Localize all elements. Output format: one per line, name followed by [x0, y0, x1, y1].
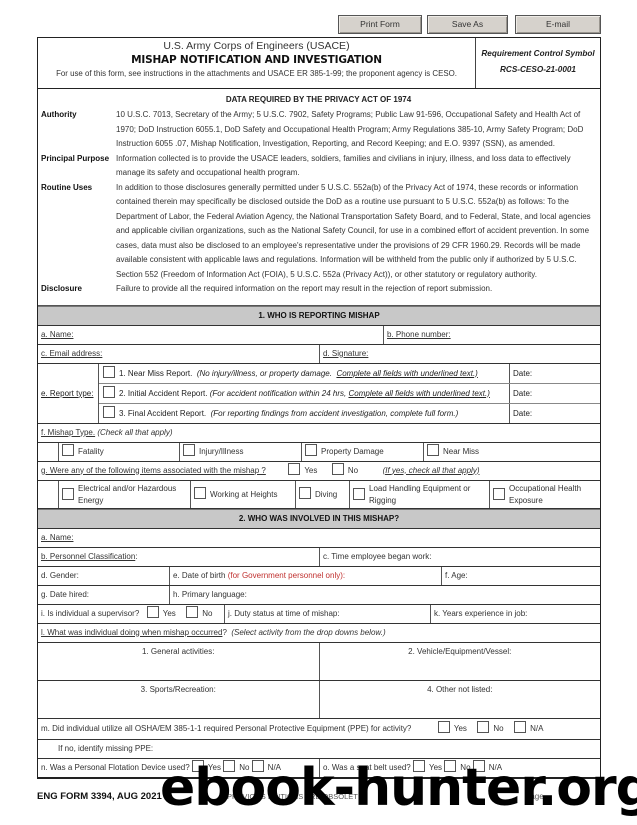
activity-question-label: l. What was individual doing when mishap… — [41, 628, 222, 637]
item-occupational-health[interactable]: Occupational Health Exposure — [490, 481, 600, 508]
near-miss-date-field[interactable]: Date: — [510, 364, 600, 383]
gender-field[interactable]: d. Gender: — [38, 567, 170, 585]
reporter-phone-label: b. Phone number: — [387, 330, 451, 339]
pfd-no-checkbox[interactable] — [223, 760, 235, 772]
report-type-near-miss: 1. Near Miss Report. (No injury/illness,… — [99, 364, 600, 384]
report-type-name: 1. Near Miss Report. — [119, 369, 192, 378]
reporter-email-label: c. Email address: — [41, 349, 102, 358]
ppe-row: m. Did individual utilize all OSHA/EM 38… — [38, 719, 600, 740]
yes-label: Yes — [304, 466, 317, 475]
yes-label: Yes — [454, 724, 467, 733]
associated-items-label: g. Were any of the following items assoc… — [41, 466, 266, 475]
no-label: No — [239, 763, 249, 772]
privacy-text: Failure to provide all the required info… — [116, 282, 596, 297]
other-activity-field[interactable]: 4. Other not listed: — [320, 681, 601, 718]
report-type-note: (For accident notification within 24 hrs… — [210, 389, 347, 398]
privacy-text: In addition to those disclosures general… — [116, 181, 596, 283]
option-label: Near Miss — [443, 447, 479, 456]
dob-note: (for Government personnel only): — [228, 571, 345, 580]
time-began-work-field[interactable]: c. Time employee began work: — [320, 548, 600, 566]
privacy-label: Disclosure — [41, 282, 116, 297]
property-damage-checkbox[interactable] — [305, 444, 317, 456]
mishap-type-hint: (Check all that apply) — [97, 428, 172, 437]
rcs-label: Requirement Control Symbol — [476, 46, 600, 62]
mishap-type-injury[interactable]: Injury/Illness — [180, 443, 302, 461]
option-label: Diving — [315, 490, 337, 499]
item-load-handling[interactable]: Load Handling Equipment or Rigging — [350, 481, 490, 508]
item-diving[interactable]: Diving — [296, 481, 350, 508]
mishap-type-fatality[interactable]: Fatality — [59, 443, 180, 461]
classification-label: b. Personnel Classification — [41, 552, 135, 561]
rcs-block: Requirement Control Symbol RCS-CESO-21-0… — [476, 38, 600, 88]
report-type-label-text: e. Report type: — [41, 389, 93, 398]
yes-label: Yes — [208, 763, 221, 772]
option-label: Electrical and/or Hazardous Energy — [78, 483, 187, 507]
reporter-phone-field[interactable]: b. Phone number: — [384, 326, 600, 344]
option-label: Working at Heights — [210, 490, 277, 499]
colon: : — [135, 552, 137, 561]
associated-items-hint: (If yes, check all that apply) — [383, 466, 480, 475]
report-type-note: (No injury/illness, or property damage. — [197, 369, 332, 378]
previous-editions-note: PREVIOUS EDITIONS ARE OBSOLETE — [227, 792, 363, 801]
no-label: No — [202, 609, 212, 618]
load-handling-checkbox[interactable] — [353, 488, 365, 500]
personnel-classification-field[interactable]: b. Personnel Classification: — [38, 548, 320, 566]
reporter-name-field[interactable]: a. Name: — [38, 326, 384, 344]
hired-language-row: g. Date hired: h. Primary language: — [38, 586, 600, 605]
age-field[interactable]: f. Age: — [442, 567, 600, 585]
supervisor-yes-checkbox[interactable] — [147, 606, 159, 618]
question-mark: ? — [222, 628, 226, 637]
seatbelt-yes-checkbox[interactable] — [413, 760, 425, 772]
mishap-type-label: f. Mishap Type. (Check all that apply) — [38, 424, 600, 442]
reporter-email-field[interactable]: c. Email address: — [38, 345, 320, 363]
ppe-na-checkbox[interactable] — [514, 721, 526, 733]
gender-dob-age-row: d. Gender: e. Date of birth (for Governm… — [38, 567, 600, 586]
report-type-note: (For reporting findings from accident in… — [211, 409, 459, 418]
privacy-authority: Authority 10 U.S.C. 7013, Secretary of t… — [41, 108, 596, 152]
option-label: Property Damage — [321, 447, 384, 456]
ppe-label: m. Did individual utilize all OSHA/EM 38… — [41, 724, 411, 733]
associated-no-checkbox[interactable] — [332, 463, 344, 475]
report-type-label: e. Report type: — [38, 364, 99, 423]
date-hired-field[interactable]: g. Date hired: — [38, 586, 170, 604]
na-label: N/A — [530, 724, 543, 733]
seatbelt-label: o. Was a seat belt used? — [323, 763, 411, 772]
pfd-label: n. Was a Personal Flotation Device used? — [41, 763, 190, 772]
page-label: Page — [525, 792, 544, 801]
sports-recreation-dropdown[interactable]: 3. Sports/Recreation: — [38, 681, 320, 718]
mishap-type-property[interactable]: Property Damage — [302, 443, 424, 461]
report-type-initial: 2. Initial Accident Report. (For acciden… — [99, 384, 600, 404]
report-type-group: e. Report type: 1. Near Miss Report. (No… — [38, 364, 600, 424]
general-activities-dropdown[interactable]: 1. General activities: — [38, 643, 320, 680]
yes-label: Yes — [429, 763, 442, 772]
diving-checkbox[interactable] — [299, 487, 311, 499]
associated-items-question-row: g. Were any of the following items assoc… — [38, 462, 600, 481]
supervisor-question: i. Is individual a supervisor? Yes No — [38, 605, 225, 623]
pfd-seatbelt-row: n. Was a Personal Flotation Device used?… — [38, 759, 600, 778]
privacy-disclosure: Disclosure Failure to provide all the re… — [41, 282, 596, 297]
activity-question-row: l. What was individual doing when mishap… — [38, 624, 600, 643]
report-type-name: 2. Initial Accident Report. — [119, 389, 208, 398]
classification-row: b. Personnel Classification: c. Time emp… — [38, 548, 600, 567]
pfd-yes-checkbox[interactable] — [192, 760, 204, 772]
mishap-type-label-row: f. Mishap Type. (Check all that apply) — [38, 424, 600, 443]
reporter-name-label: a. Name: — [41, 330, 73, 339]
associated-items-options-row: Electrical and/or Hazardous Energy Worki… — [38, 481, 600, 509]
save-as-button[interactable]: Save As — [427, 15, 508, 34]
print-form-button[interactable]: Print Form — [338, 15, 422, 34]
mishap-type-near-miss[interactable]: Near Miss — [424, 443, 600, 461]
injury-illness-checkbox[interactable] — [183, 444, 195, 456]
privacy-principal-purpose: Principal Purpose Information collected … — [41, 152, 596, 181]
fatality-checkbox[interactable] — [62, 444, 74, 456]
no-label: No — [348, 466, 358, 475]
initial-report-checkbox[interactable] — [103, 386, 115, 398]
years-experience-field[interactable]: k. Years experience in job: — [431, 605, 600, 623]
involved-name-field[interactable]: a. Name: — [38, 529, 600, 547]
ppe-question: m. Did individual utilize all OSHA/EM 38… — [38, 719, 600, 739]
seatbelt-no-checkbox[interactable] — [444, 760, 456, 772]
report-type-note-underlined: Complete all fields with underlined text… — [348, 389, 489, 398]
indent-cell — [38, 481, 59, 508]
vehicle-equipment-dropdown[interactable]: 2. Vehicle/Equipment/Vessel: — [320, 643, 601, 680]
seatbelt-na-checkbox[interactable] — [473, 760, 485, 772]
privacy-act-statement: DATA REQUIRED BY THE PRIVACY ACT OF 1974… — [38, 89, 600, 306]
form-id: ENG FORM 3394, AUG 2021 — [37, 791, 162, 802]
initial-date-field[interactable]: Date: — [510, 384, 600, 403]
associated-yes-checkbox[interactable] — [288, 463, 300, 475]
activity-hint: (Select activity from the drop downs bel… — [231, 628, 385, 637]
organization-name: U.S. Army Corps of Engineers (USACE) — [38, 40, 475, 53]
supervisor-label: i. Is individual a supervisor? — [41, 609, 139, 618]
reporter-signature-label: d. Signature: — [323, 349, 368, 358]
involved-name-label: a. Name: — [41, 533, 73, 542]
rcs-value: RCS-CESO-21-0001 — [476, 62, 600, 78]
privacy-label: Principal Purpose — [41, 152, 116, 181]
working-heights-checkbox[interactable] — [194, 487, 206, 499]
missing-ppe-row: If no, identify missing PPE: — [38, 740, 600, 759]
associated-items-question: g. Were any of the following items assoc… — [38, 462, 600, 480]
pfd-na-checkbox[interactable] — [252, 760, 264, 772]
indent-cell — [38, 443, 59, 461]
option-label: Fatality — [78, 447, 104, 456]
privacy-title: DATA REQUIRED BY THE PRIVACY ACT OF 1974 — [41, 95, 596, 104]
primary-language-field[interactable]: h. Primary language: — [170, 586, 600, 604]
na-label: N/A — [489, 763, 502, 772]
final-report-checkbox[interactable] — [103, 406, 115, 418]
option-label: Occupational Health Exposure — [509, 483, 597, 507]
duty-status-field[interactable]: j. Duty status at time of mishap: — [225, 605, 431, 623]
ppe-yes-checkbox[interactable] — [438, 721, 450, 733]
item-electrical[interactable]: Electrical and/or Hazardous Energy — [59, 481, 191, 508]
missing-ppe-field[interactable]: If no, identify missing PPE: — [38, 740, 600, 758]
near-miss-checkbox[interactable] — [427, 444, 439, 456]
section-1-header: 1. WHO IS REPORTING MISHAP — [38, 306, 600, 326]
activity-row-1: 1. General activities: 2. Vehicle/Equipm… — [38, 643, 600, 681]
item-heights[interactable]: Working at Heights — [191, 481, 296, 508]
ppe-no-checkbox[interactable] — [477, 721, 489, 733]
reporter-name-phone-row: a. Name: b. Phone number: — [38, 326, 600, 345]
mishap-form: U.S. Army Corps of Engineers (USACE) MIS… — [37, 37, 601, 779]
reporter-signature-field[interactable]: d. Signature: — [320, 345, 600, 363]
option-label: Load Handling Equipment or Rigging — [369, 483, 486, 507]
no-label: No — [460, 763, 470, 772]
section-2-header: 2. WHO WAS INVOLVED IN THIS MISHAP? — [38, 509, 600, 529]
final-date-field[interactable]: Date: — [510, 404, 600, 423]
form-instructions: For use of this form, see instructions i… — [38, 67, 475, 80]
electrical-hazardous-checkbox[interactable] — [62, 488, 74, 500]
report-type-name: 3. Final Accident Report. — [119, 409, 206, 418]
occupational-health-checkbox[interactable] — [493, 488, 505, 500]
report-type-note-underlined: Complete all fields with underlined text… — [336, 369, 477, 378]
privacy-label: Authority — [41, 108, 116, 152]
privacy-routine-uses: Routine Uses In addition to those disclo… — [41, 181, 596, 283]
activity-question: l. What was individual doing when mishap… — [38, 624, 600, 642]
privacy-label: Routine Uses — [41, 181, 116, 283]
involved-name-row: a. Name: — [38, 529, 600, 548]
form-header-title-block: U.S. Army Corps of Engineers (USACE) MIS… — [38, 38, 476, 88]
pfd-question: n. Was a Personal Flotation Device used?… — [38, 759, 320, 777]
mishap-type-label-text: f. Mishap Type. — [41, 428, 95, 437]
report-type-final: 3. Final Accident Report. (For reporting… — [99, 404, 600, 423]
reporter-email-signature-row: c. Email address: d. Signature: — [38, 345, 600, 364]
form-header: U.S. Army Corps of Engineers (USACE) MIS… — [38, 38, 600, 89]
na-label: N/A — [268, 763, 281, 772]
privacy-text: Information collected is to provide the … — [116, 152, 596, 181]
supervisor-duty-years-row: i. Is individual a supervisor? Yes No j.… — [38, 605, 600, 624]
form-title: MISHAP NOTIFICATION AND INVESTIGATION — [38, 53, 475, 67]
supervisor-no-checkbox[interactable] — [186, 606, 198, 618]
mishap-type-options-row: Fatality Injury/Illness Property Damage … — [38, 443, 600, 462]
seatbelt-question: o. Was a seat belt used? Yes No N/A — [320, 759, 600, 777]
dob-label: e. Date of birth — [173, 571, 225, 580]
activity-row-2: 3. Sports/Recreation: 4. Other not liste… — [38, 681, 600, 719]
option-label: Injury/Illness — [199, 447, 243, 456]
form-toolbar: Print Form Save As E-mail — [338, 15, 600, 34]
near-miss-report-checkbox[interactable] — [103, 366, 115, 378]
date-of-birth-field[interactable]: e. Date of birth (for Government personn… — [170, 567, 442, 585]
no-label: No — [493, 724, 503, 733]
privacy-text: 10 U.S.C. 7013, Secretary of the Army; 5… — [116, 108, 596, 152]
email-button[interactable]: E-mail — [515, 15, 601, 34]
yes-label: Yes — [163, 609, 176, 618]
